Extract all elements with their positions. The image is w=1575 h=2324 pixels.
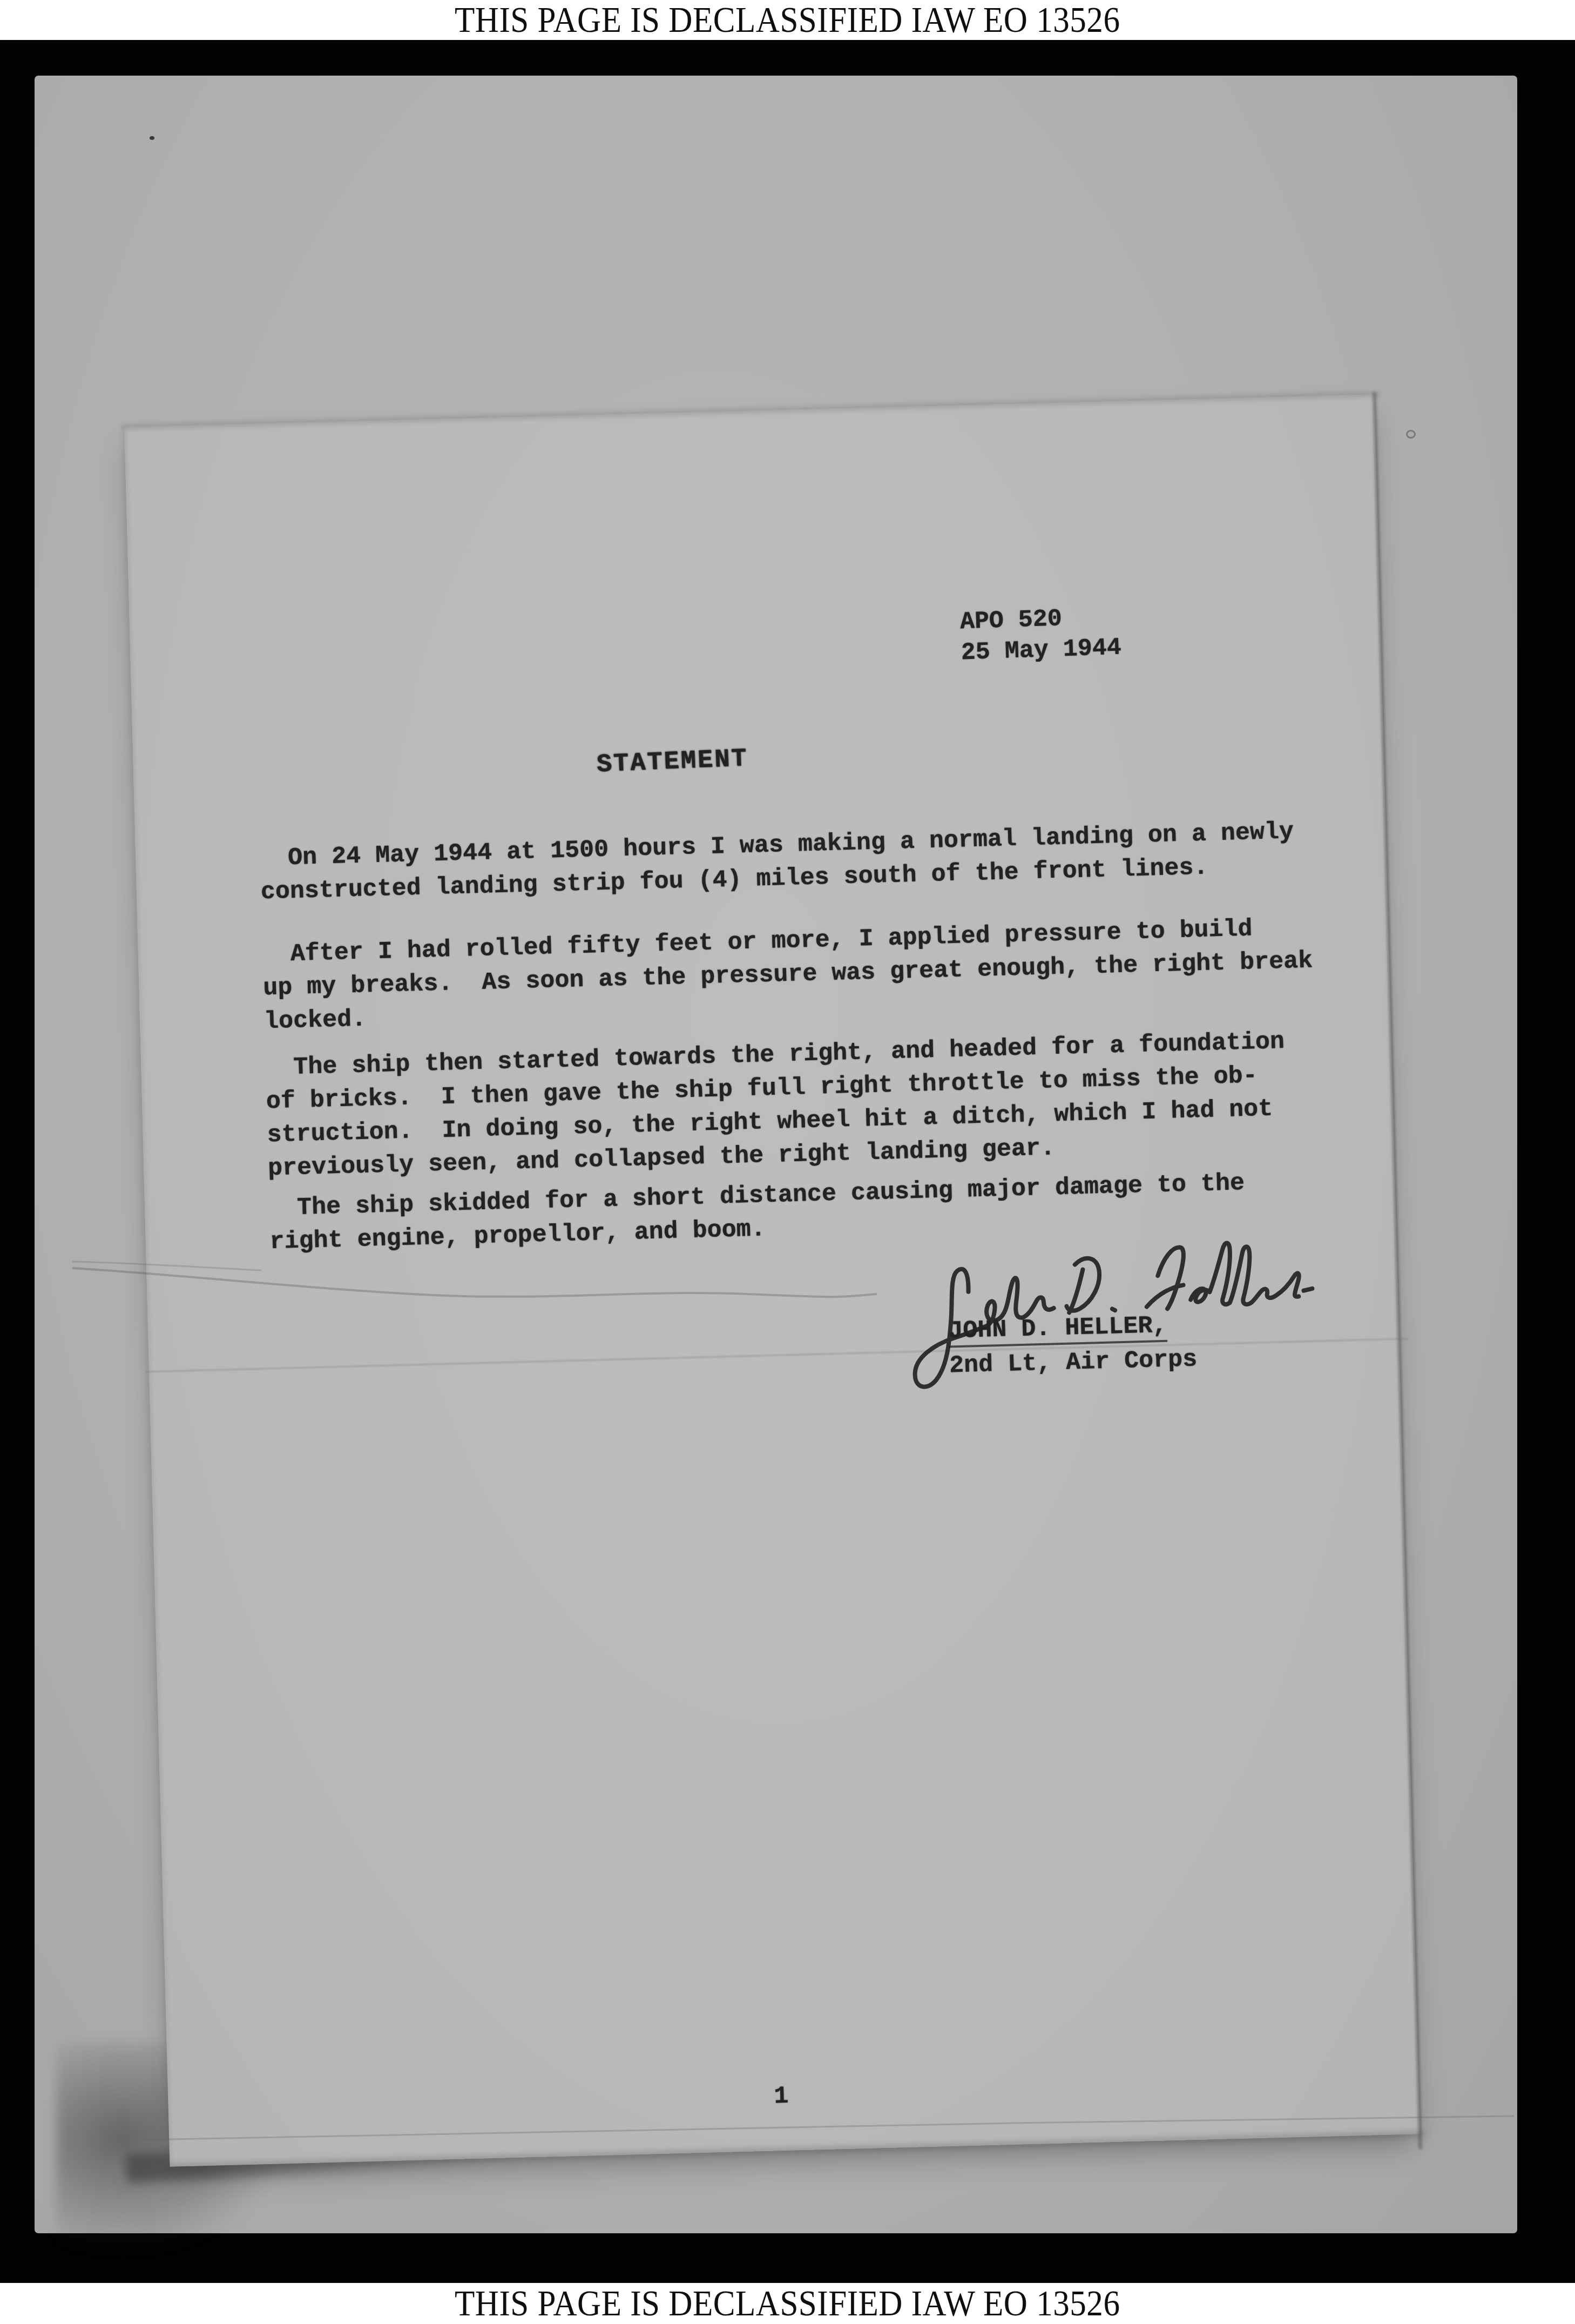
statement-title: STATEMENT xyxy=(596,745,749,779)
dateline-date: 25 May 1944 xyxy=(961,632,1122,669)
dust-speck xyxy=(150,136,154,140)
body-paragraph-2: After I had rolled fifty feet or more, I… xyxy=(262,911,1314,1039)
letter-body: On 24 May 1944 at 1500 hours I was makin… xyxy=(259,814,1344,843)
body-paragraph-3: The ship then started towards the right,… xyxy=(265,1025,1288,1185)
letter-sheet: APO 520 25 May 1944 STATEMENT On 24 May … xyxy=(124,394,1420,2167)
letter-content: APO 520 25 May 1944 STATEMENT On 24 May … xyxy=(124,394,1420,2167)
signature-typed-name: JOHN D. HELLER, xyxy=(948,1312,1167,1348)
declassification-text-top: THIS PAGE IS DECLASSIFIED IAW EO 13526 xyxy=(455,0,1120,41)
scan-area: APO 520 25 May 1944 STATEMENT On 24 May … xyxy=(35,76,1517,2233)
ring-mark xyxy=(1406,430,1416,439)
declassification-text-bottom: THIS PAGE IS DECLASSIFIED IAW EO 13526 xyxy=(455,2282,1120,2324)
body-paragraph-1: On 24 May 1944 at 1500 hours I was makin… xyxy=(259,815,1295,909)
page-number: 1 xyxy=(774,2083,789,2111)
scanned-document-page: THIS PAGE IS DECLASSIFIED IAW EO 13526 xyxy=(0,0,1575,2324)
declassification-banner-bottom: THIS PAGE IS DECLASSIFIED IAW EO 13526 xyxy=(0,2283,1575,2324)
dateline: APO 520 25 May 1944 xyxy=(959,602,1122,669)
declassification-banner-top: THIS PAGE IS DECLASSIFIED IAW EO 13526 xyxy=(0,0,1575,40)
dateline-apo: APO 520 xyxy=(959,602,1121,638)
